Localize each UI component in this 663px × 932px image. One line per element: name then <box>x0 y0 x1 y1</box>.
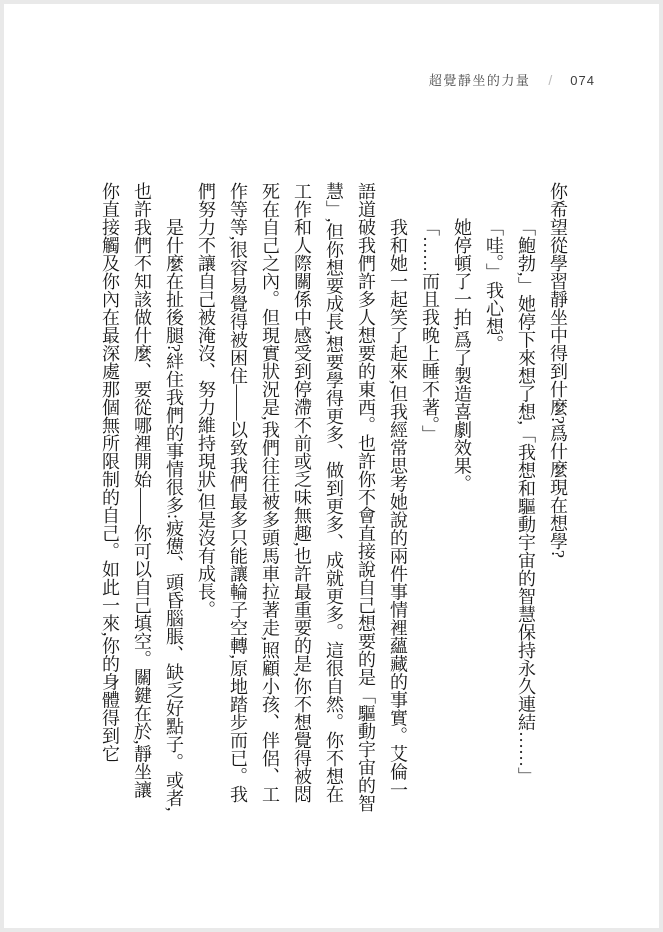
book-title: 超覺靜坐的力量 <box>429 70 531 89</box>
paragraph: 我和她一起笑了起來,但我經常思考她說的兩件事情裡蘊藏的事實。艾倫一語道破我們許多… <box>190 182 414 814</box>
page-number: 074 <box>570 73 595 88</box>
header-separator: / <box>548 72 552 88</box>
running-head: 超覺靜坐的力量 / 074 <box>429 70 595 89</box>
book-page: 超覺靜坐的力量 / 074 你希望從學習靜坐中得到什麼?爲什麼現在想學?「鮑勃,… <box>0 0 663 932</box>
paragraph: 她停頓了一拍,爲了製造喜劇效果。 <box>446 182 478 814</box>
paragraph: 你希望從學習靜坐中得到什麼?爲什麼現在想學? <box>542 182 574 814</box>
text-block: 你希望從學習靜坐中得到什麼?爲什麼現在想學?「鮑勃,」她停下來想了想,「我想和驅… <box>94 182 574 814</box>
paragraph: 「……而且我晚上睡不著。」 <box>414 182 446 814</box>
paragraph: 「哇。」我心想。 <box>478 182 510 814</box>
paragraph: 是什麼在扯後腿?絆住我們的事情很多:疲憊、頭昏腦脹、缺乏好點子。或者,也許我們不… <box>94 182 190 814</box>
paragraph: 「鮑勃,」她停下來想了想,「我想和驅動宇宙的智慧保持永久連結……」 <box>510 182 542 814</box>
